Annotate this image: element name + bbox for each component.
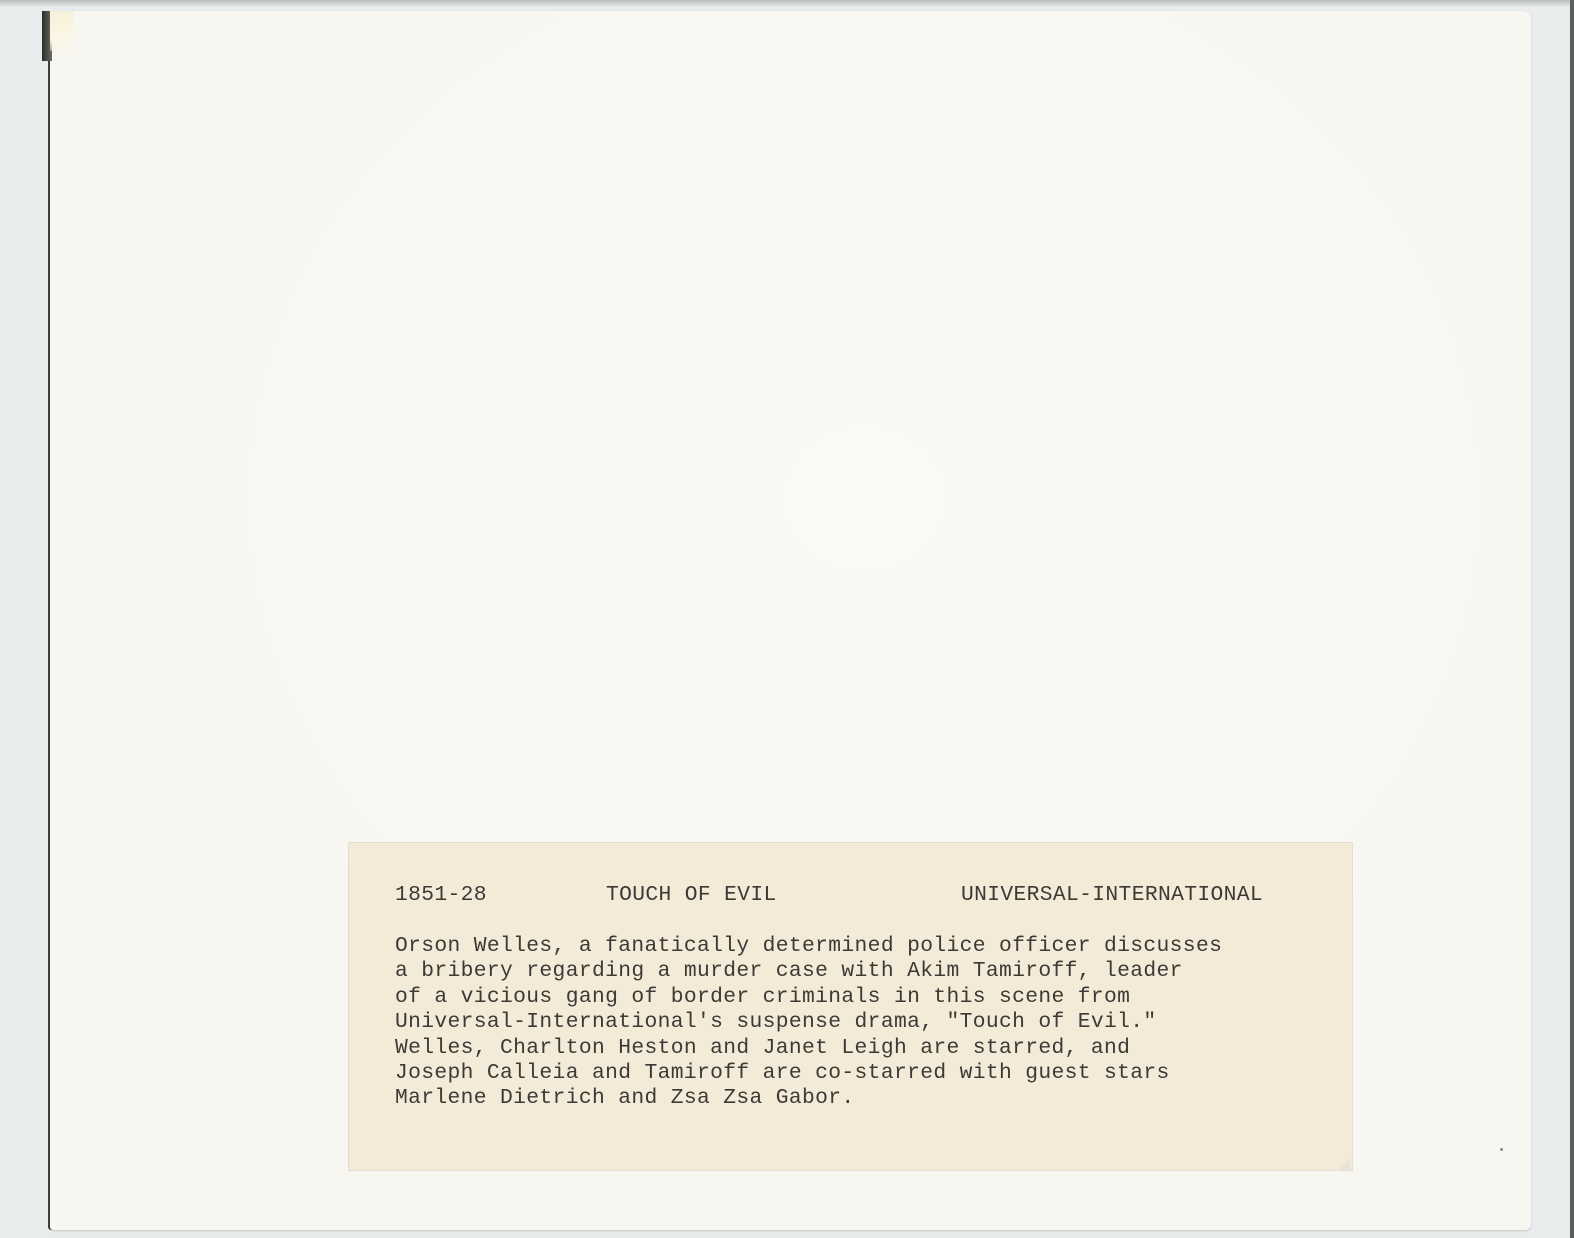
caption-line: Orson Welles, a fanatically determined p… [395,934,1222,959]
caption-line: Marlene Dietrich and Zsa Zsa Gabor. [395,1086,1222,1111]
caption-line: Joseph Calleia and Tamiroff are co-starr… [395,1061,1222,1086]
snipe-corner-fold [1338,1158,1350,1170]
studio-name: UNIVERSAL-INTERNATIONAL [961,883,1263,907]
still-code: 1851-28 [395,883,487,907]
caption-line: Universal-International's suspense drama… [395,1010,1222,1035]
corner-fold [50,11,74,51]
film-title: TOUCH OF EVIL [606,883,777,907]
caption-snipe: 1851-28 TOUCH OF EVIL UNIVERSAL-INTERNAT… [349,843,1352,1170]
scanner-edge-right [1570,0,1574,1238]
caption-line: Welles, Charlton Heston and Janet Leigh … [395,1036,1222,1061]
caption-line: a bribery regarding a murder case with A… [395,959,1222,984]
paper-speck [1500,1148,1503,1151]
scanner-edge-top [0,0,1574,6]
caption-header: 1851-28 TOUCH OF EVIL UNIVERSAL-INTERNAT… [395,883,1315,909]
caption-line: of a vicious gang of border criminals in… [395,985,1222,1010]
caption-body: Orson Welles, a fanatically determined p… [395,934,1222,1112]
